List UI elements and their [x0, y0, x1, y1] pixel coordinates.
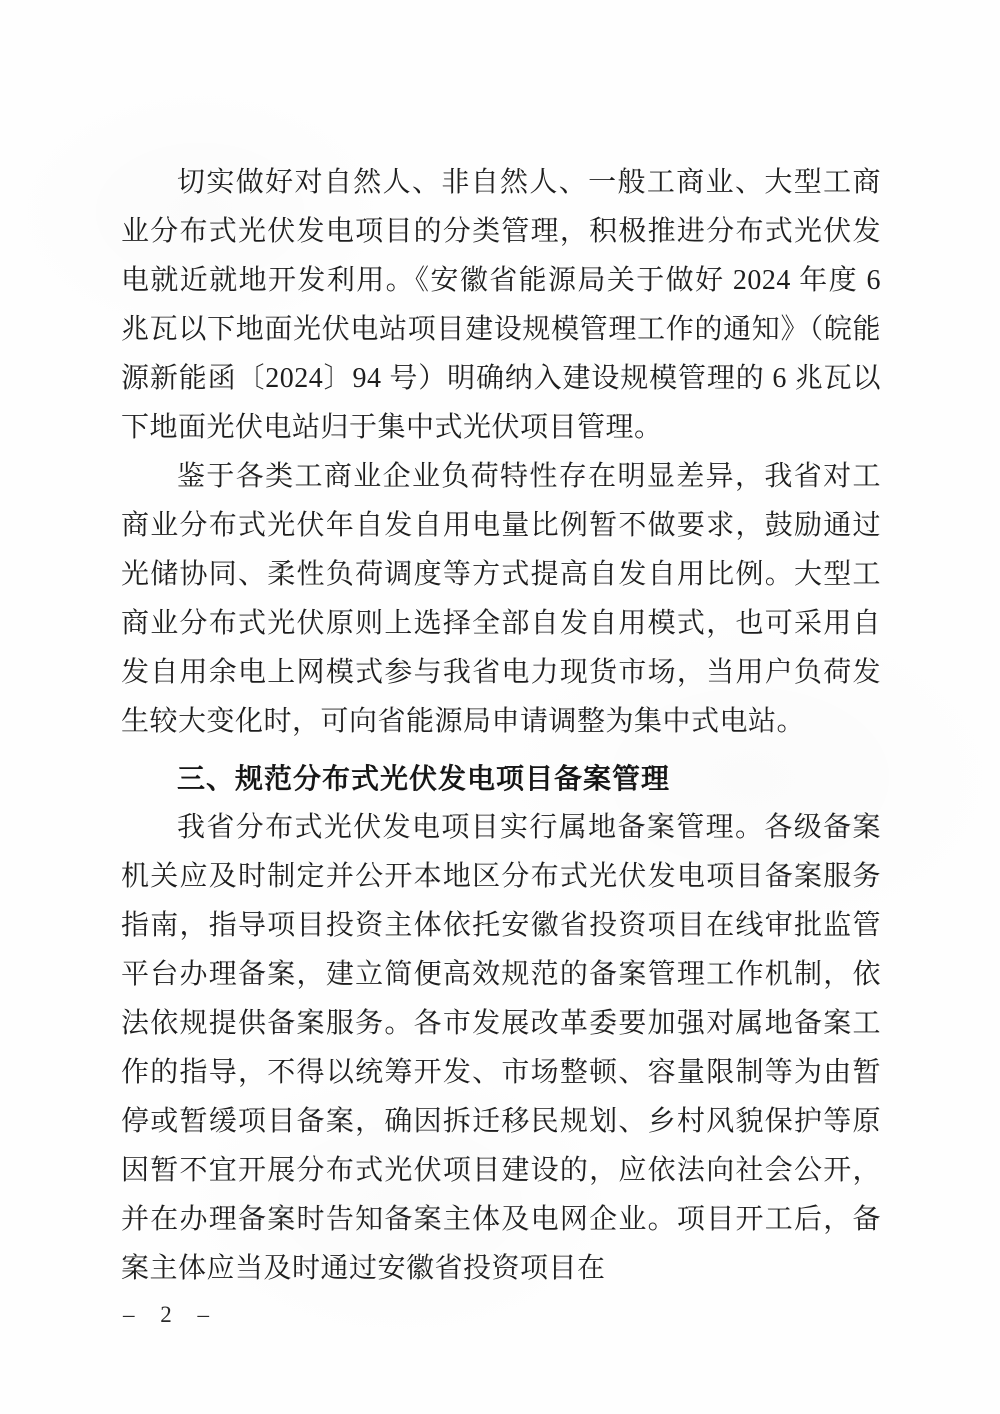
paragraph-classification-management: 切实做好对自然人、非自然人、一般工商业、大型工商业分布式光伏发电项目的分类管理，… — [121, 158, 881, 452]
page-number: – 2 – — [123, 1302, 219, 1327]
page-footer: – 2 – — [123, 1302, 219, 1328]
document-page: 切实做好对自然人、非自然人、一般工商业、大型工商业分布式光伏发电项目的分类管理，… — [0, 0, 1000, 1414]
section-heading-filing-management: 三、规范分布式光伏发电项目备案管理 — [121, 754, 881, 803]
paragraph-filing-procedure: 我省分布式光伏发电项目实行属地备案管理。各级备案机关应及时制定并公开本地区分布式… — [121, 803, 881, 1293]
paragraph-self-consumption-policy: 鉴于各类工商业企业负荷特性存在明显差异，我省对工商业分布式光伏年自发自用电量比例… — [121, 452, 881, 746]
document-body: 切实做好对自然人、非自然人、一般工商业、大型工商业分布式光伏发电项目的分类管理，… — [121, 158, 881, 1293]
